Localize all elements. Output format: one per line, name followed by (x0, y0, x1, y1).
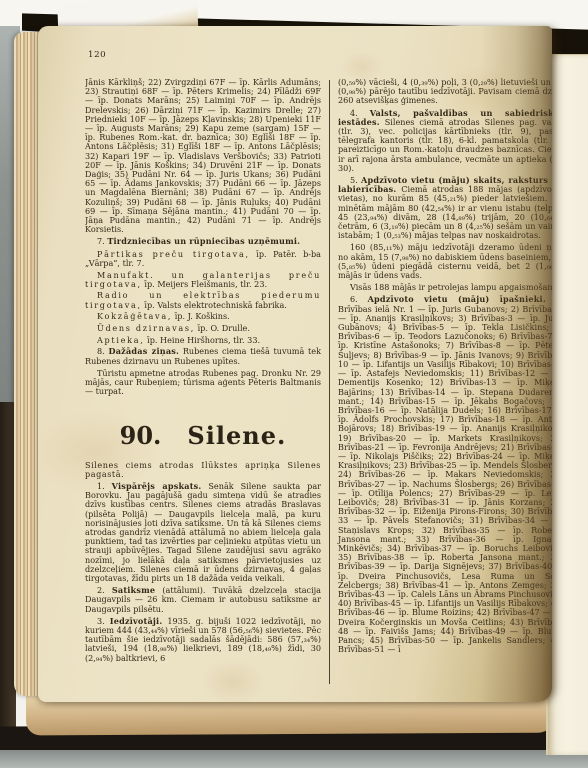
section-4-paragraph: 4. Valsts, pašvaldības un sabiedriskas i… (338, 109, 552, 173)
section-3-paragraph: 3. Iedzīvotāji. 1935. g. bijuši 1022 ied… (85, 617, 321, 663)
shop-entry: Radio un elektrības piederumu tirgotava,… (85, 291, 321, 309)
section-8-paragraph: 8. Dažādas ziņas. Rubenes ciema tiešā tu… (85, 347, 321, 365)
section-text: Senāk Silene saukta par Borovku. Jau pag… (85, 481, 321, 583)
page-number: 120 (88, 50, 106, 60)
chapter-intro: Silenes ciems atrodas Ilūkstes apriņķa S… (85, 461, 321, 479)
lighting-paragraph: Visās 188 mājās ir petrolejas lampu apga… (338, 283, 552, 292)
text-columns: Jānis Kārkliņš; 22) Zvirgzdiņi 67F — īp.… (85, 78, 552, 690)
shop-entry: Kokzāģētava, īp. J. Koškins. (85, 312, 321, 321)
shop-owner: īp. Meijers Fleišmanis, tlr. 23. (144, 279, 267, 289)
population-continuation: (0,₅₉%) vācieši, 4 (0,₃₉%) poļi, 3 (0,₂₉… (338, 78, 552, 106)
section-title: Tirdzniecības un rūpniecības uzņēmumi. (107, 236, 300, 246)
section-7-heading: 7. Tirdzniecības un rūpniecības uzņēmumi… (85, 237, 321, 246)
shop-entry: Manufakt. un galanterijas preču tirgotav… (85, 271, 321, 289)
farmstead-owners-continuation: Jānis Kārkliņš; 22) Zvirgzdiņi 67F — īp.… (85, 78, 321, 234)
shop-name: Ūdens dzirnavas, (97, 323, 195, 333)
section-text: Silenes ciemā atrodas Silenes pag. valde… (338, 117, 552, 173)
shop-entry: Aptieka, īp. Heine Hiršhorns, tlr. 33. (85, 336, 321, 345)
adjacent-page (546, 54, 588, 755)
scanner-bed-bottom (0, 750, 588, 768)
shop-name: Kokzāģētava, (97, 311, 172, 321)
shop-owner: īp. O. Drulle. (198, 323, 250, 333)
section-2-paragraph: 2. Satiksme (attālumi). Tuvākā dzelzceļa… (85, 586, 321, 614)
section-1-paragraph: 1. Vispārējs apskats. Senāk Silene saukt… (85, 482, 321, 583)
owners-list: 1) Brīvības ielā Nr. 1 — īp. Juris Guban… (338, 294, 552, 654)
chapter-heading: 90.Silene. (85, 423, 321, 449)
shop-entry: Ūdens dzirnavas, īp. O. Drulle. (85, 324, 321, 333)
shop-owner: īp. J. Koškins. (175, 311, 230, 321)
chapter-title: Silene. (187, 421, 286, 450)
shop-name: Aptieka, (97, 335, 145, 345)
shop-owner: īp. Heine Hiršhorns, tlr. 33. (147, 335, 260, 345)
shop-entry: Pārtikas preču tirgotava, īp. Patēr. b-b… (85, 250, 321, 268)
section-text: Ciemā atrodas 188 mājas (apdzīvotās viet… (338, 184, 552, 240)
chapter-number: 90. (120, 421, 162, 450)
tourist-note: Tūristu apmetne atrodas Rubenes pag. Dro… (85, 369, 321, 397)
column-divider (329, 80, 330, 684)
shop-owner: īp. Valsts elektrotechniskā fabrika. (144, 300, 286, 310)
water-supply-paragraph: 160 (85,₁₁%) māju iedzīvotāji dzeramo ūd… (338, 243, 552, 280)
section-6-paragraph: 6. Apdzīvoto vietu (māju) īpašnieki. 1) … (338, 295, 552, 654)
right-column: (0,₅₉%) vācieši, 4 (0,₃₉%) poļi, 3 (0,₂₉… (338, 78, 552, 690)
section-5-paragraph: 5. Apdzīvoto vietu (māju) skaits, rakstu… (338, 176, 552, 240)
left-column: Jānis Kārkliņš; 22) Zvirgzdiņi 67F — īp.… (85, 78, 321, 690)
book-page: 120 Jānis Kārkliņš; 22) Zvirgzdiņi 67F —… (38, 26, 552, 702)
section-number: 7. (97, 236, 105, 246)
